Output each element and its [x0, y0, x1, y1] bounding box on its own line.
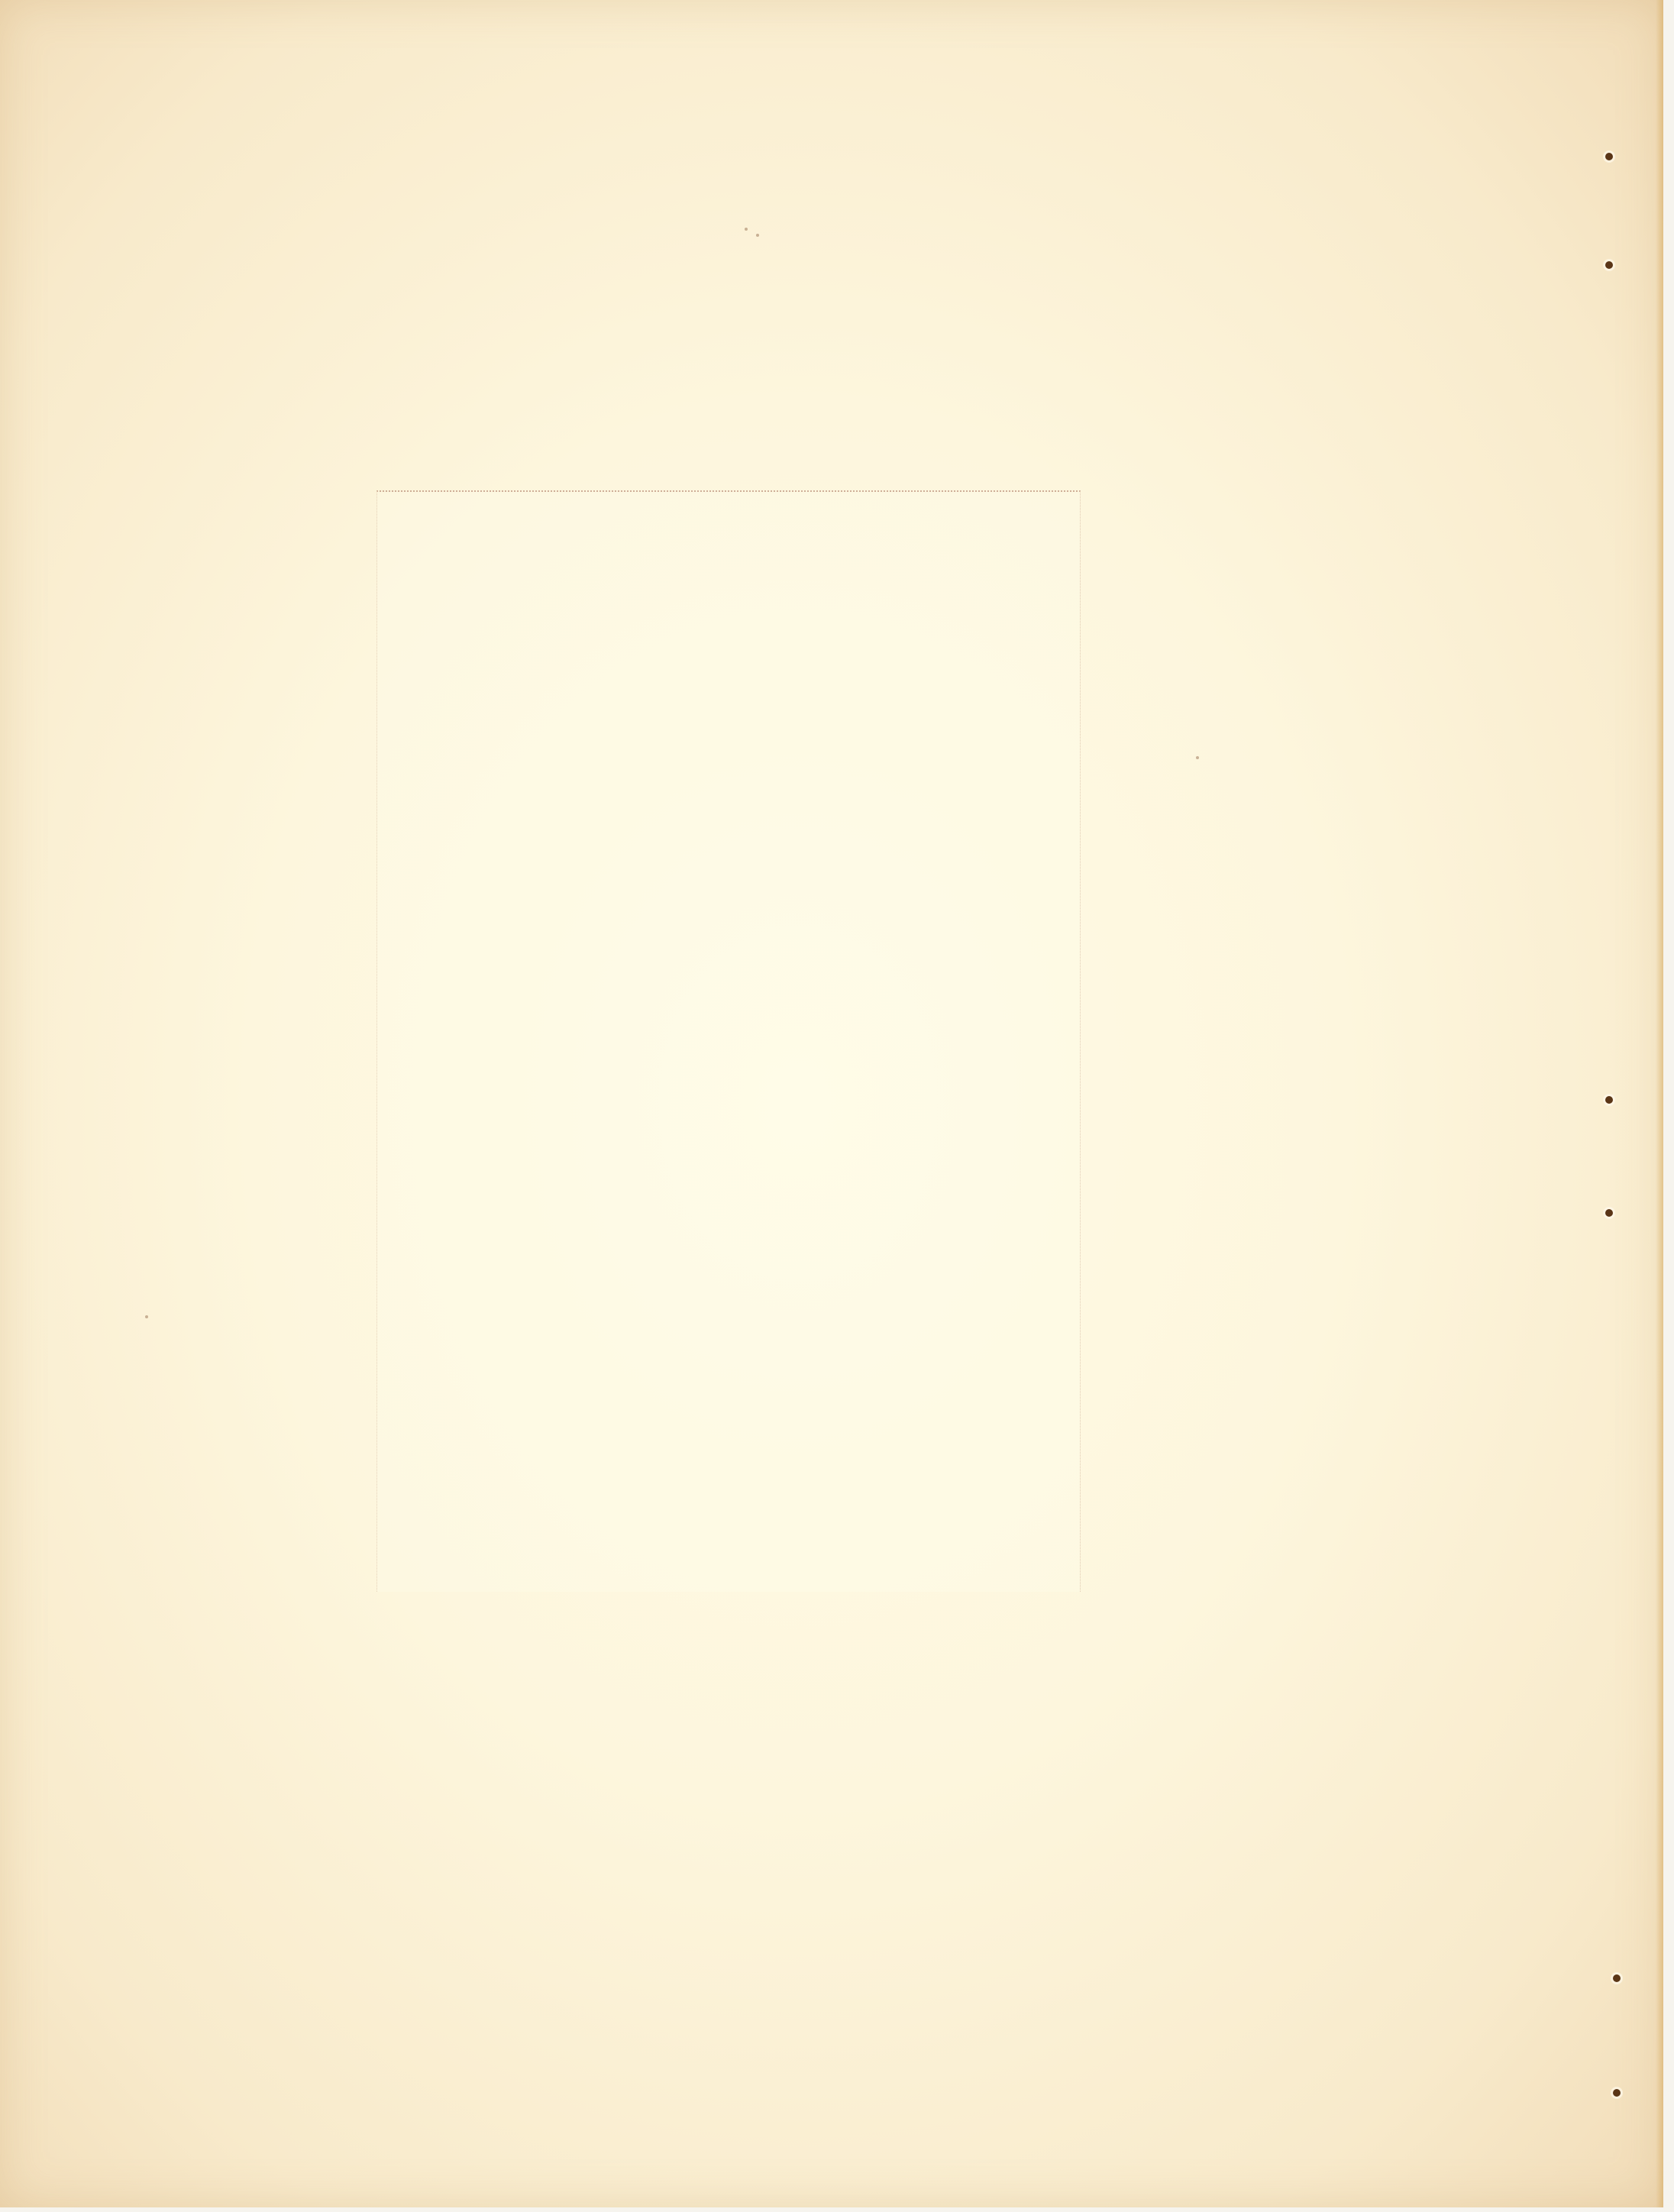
scanned-page	[0, 0, 1663, 2207]
plate-impression-outline	[376, 490, 1081, 1592]
paper-speck	[1196, 756, 1199, 759]
binding-hole-4	[1605, 1209, 1613, 1217]
paper-speck	[745, 228, 748, 231]
binding-hole-3	[1605, 1096, 1613, 1104]
binding-hole-1	[1605, 153, 1613, 160]
paper-speck	[756, 234, 759, 237]
plate-impression-area	[377, 492, 1080, 1592]
binding-hole-2	[1605, 261, 1613, 269]
paper-speck	[145, 1315, 148, 1318]
page-edge	[1656, 0, 1663, 2207]
binding-hole-6	[1613, 2089, 1621, 2097]
binding-hole-5	[1613, 1974, 1621, 1982]
